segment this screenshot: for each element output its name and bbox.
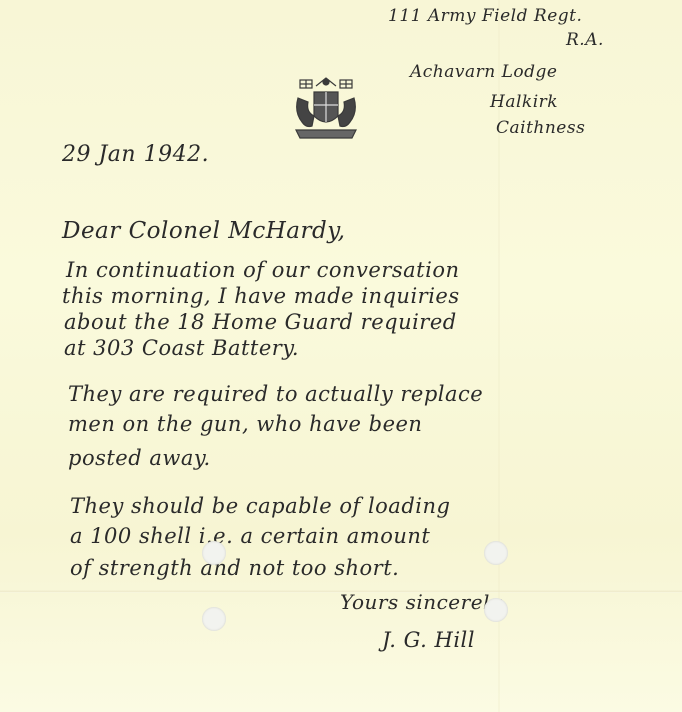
signature: J. G. Hill: [382, 628, 475, 652]
body-line: They should be capable of loading: [70, 494, 450, 518]
punch-hole: [202, 541, 226, 565]
body-line: posted away.: [68, 446, 211, 470]
body-line: men on the gun, who have been: [68, 412, 422, 436]
closing: Yours sincerely: [340, 590, 502, 614]
body-line: They are required to actually replace: [68, 382, 483, 406]
address-line: 111 Army Field Regt.: [388, 6, 582, 26]
address-line: Caithness: [496, 118, 585, 138]
body-line: at 303 Coast Battery.: [64, 336, 299, 360]
punch-hole: [484, 598, 508, 622]
punch-hole: [202, 607, 226, 631]
body-line: about the 18 Home Guard required: [64, 310, 457, 334]
punch-hole: [484, 541, 508, 565]
body-line: In continuation of our conversation: [66, 258, 460, 282]
royal-coat-of-arms-icon: [290, 72, 362, 146]
address-line: Halkirk: [490, 92, 558, 112]
salutation: Dear Colonel McHardy,: [62, 218, 345, 244]
address-line: Achavarn Lodge: [410, 62, 557, 82]
body-line: this morning, I have made inquiries: [62, 284, 460, 308]
address-line: R.A.: [566, 30, 604, 50]
body-line: a 100 shell i.e. a certain amount: [70, 524, 430, 548]
body-line: of strength and not too short.: [70, 556, 399, 580]
letter-date: 29 Jan 1942.: [62, 142, 209, 167]
